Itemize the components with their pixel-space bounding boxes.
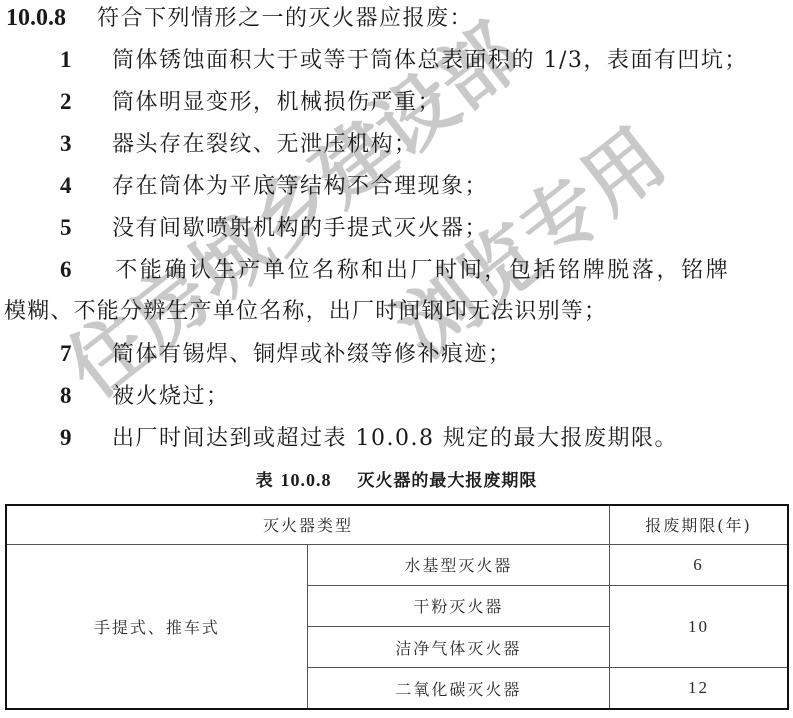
category-cell: 手提式、推车式	[6, 544, 307, 709]
table-caption-prefix: 表	[256, 471, 274, 491]
item-number: 2	[60, 89, 73, 114]
clause-heading-text: 符合下列情形之一的灭火器应报废：	[97, 6, 473, 31]
type-cell: 洁净气体灭火器	[307, 627, 609, 668]
limit-cell: 10	[609, 585, 788, 667]
item-number: 4	[60, 173, 73, 198]
limit-cell: 6	[609, 544, 788, 585]
item-number: 7	[60, 341, 73, 366]
type-cell: 干粉灭火器	[307, 585, 609, 626]
item-text: 没有间歇喷射机构的手提式灭火器；	[112, 216, 488, 241]
list-item-continuation: 模糊、不能分辨生产单位名称，出厂时间钢印无法识别等；	[4, 298, 607, 326]
item-text: 筒体锈蚀面积大于或等于筒体总表面积的 1/3，表面有凹坑；	[112, 48, 748, 73]
table-caption: 表 10.0.8 灭火器的最大报废期限	[0, 466, 793, 491]
header-scrap-limit: 报废期限(年)	[609, 505, 788, 544]
clause-heading: 10.0.8 符合下列情形之一的灭火器应报废：	[6, 4, 473, 33]
document-page: 10.0.8 符合下列情形之一的灭火器应报废： 1 筒体锈蚀面积大于或等于筒体总…	[0, 0, 793, 718]
type-cell: 二氧化碳灭火器	[307, 668, 609, 709]
list-item: 6 不能确认生产单位名称和出厂时间，包括铭牌脱落，铭牌	[60, 256, 730, 285]
type-cell: 水基型灭火器	[307, 544, 609, 585]
item-text: 器头存在裂纹、无泄压机构；	[112, 132, 418, 157]
item-number: 5	[60, 215, 73, 240]
list-item: 4 存在筒体为平底等结构不合理现象；	[60, 172, 488, 201]
table-header-row: 灭火器类型 报废期限(年)	[6, 505, 788, 544]
item-text: 筒体明显变形，机械损伤严重；	[112, 90, 441, 115]
item-number: 8	[60, 383, 73, 408]
table-caption-title: 灭火器的最大报废期限	[357, 471, 537, 491]
item-number: 1	[60, 47, 73, 72]
item-text: 存在筒体为平底等结构不合理现象；	[112, 174, 488, 199]
item-text: 不能确认生产单位名称和出厂时间，包括铭牌脱落，铭牌	[115, 258, 730, 283]
list-item: 7 筒体有锡焊、铜焊或补缀等修补痕迹；	[60, 340, 512, 369]
item-number: 3	[60, 131, 73, 156]
clause-number: 10.0.8	[6, 5, 66, 31]
list-item: 1 筒体锈蚀面积大于或等于筒体总表面积的 1/3，表面有凹坑；	[60, 46, 748, 75]
header-extinguisher-type: 灭火器类型	[6, 505, 609, 544]
table-caption-number: 10.0.8	[281, 470, 332, 490]
item-number: 6	[60, 257, 74, 282]
item-number: 9	[60, 425, 73, 450]
list-item: 5 没有间歇喷射机构的手提式灭火器；	[60, 214, 488, 243]
list-item: 3 器头存在裂纹、无泄压机构；	[60, 130, 418, 159]
item-text-continuation: 模糊、不能分辨生产单位名称，出厂时间钢印无法识别等；	[4, 299, 607, 324]
list-item: 8 被火烧过；	[60, 382, 230, 411]
list-item: 2 筒体明显变形，机械损伤严重；	[60, 88, 441, 117]
item-text: 出厂时间达到或超过表 10.0.8 规定的最大报废期限。	[112, 426, 678, 451]
limit-cell: 12	[609, 668, 788, 709]
table-row: 手提式、推车式 水基型灭火器 6	[6, 544, 788, 585]
list-item: 9 出厂时间达到或超过表 10.0.8 规定的最大报废期限。	[60, 424, 678, 453]
scrap-limit-table: 灭火器类型 报废期限(年) 手提式、推车式 水基型灭火器 6 干粉灭火器 10 …	[5, 504, 789, 710]
item-text: 筒体有锡焊、铜焊或补缀等修补痕迹；	[112, 342, 512, 367]
item-text: 被火烧过；	[112, 384, 230, 409]
